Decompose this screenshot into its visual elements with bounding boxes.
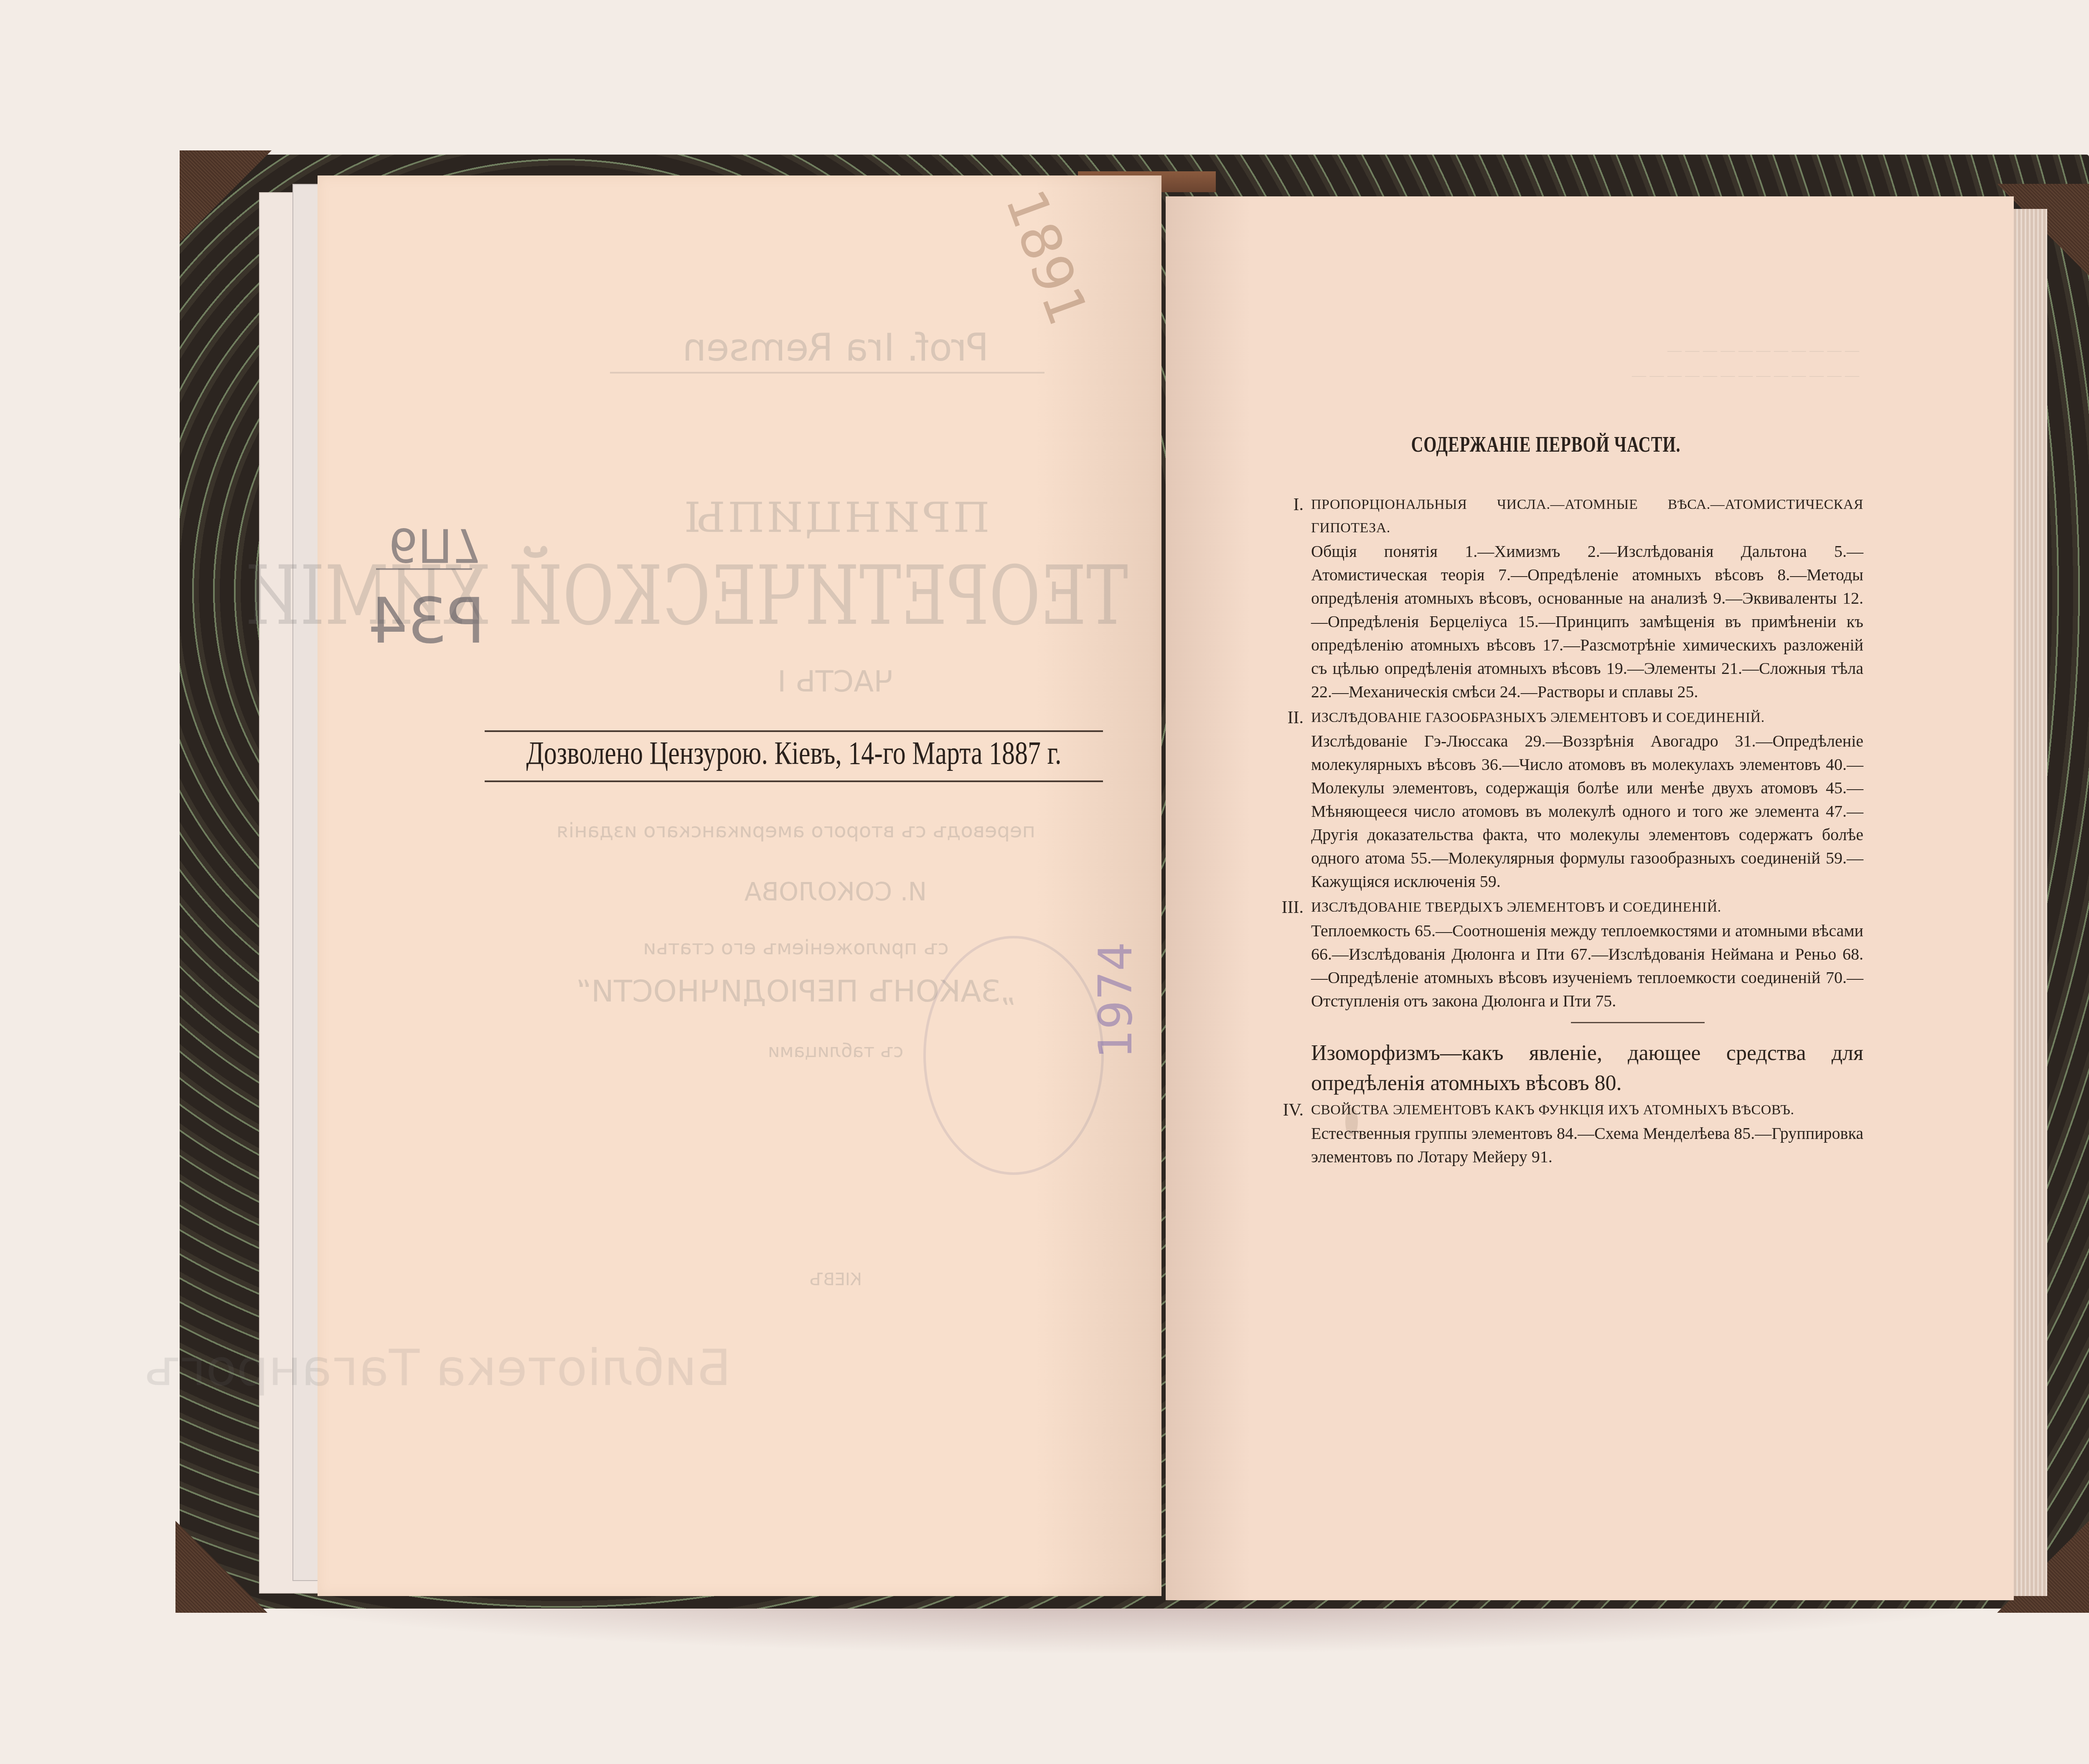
section-body: Общія понятія 1.—Химизмъ 2.—Изслѣдованія… xyxy=(1311,540,1863,704)
toc-section-4: IV. Свойства элементовъ какъ функція ихъ… xyxy=(1270,1098,1863,1169)
bleed-through-author: Prof. Ira Remsen xyxy=(606,326,1065,370)
section-title: Свойства элементовъ какъ функція ихъ ато… xyxy=(1311,1098,1863,1122)
section-body: Теплоемкость 65.—Соотношенія между тепло… xyxy=(1311,919,1863,1013)
bleed-through-title-2: ТЕОРЕТИЧЕСКОЙ ХИМІИ xyxy=(460,549,1128,643)
toc-section-3: III. Изслѣдованіе твердыхъ элементовъ и … xyxy=(1270,896,1863,1013)
censorship-rule-top xyxy=(485,730,1103,732)
bleed-through-library-stamp: Библіотека Таганрогъ xyxy=(376,1337,731,1400)
toc-heading: СОДЕРЖАНІЕ ПЕРВОЙ ЧАСТИ. xyxy=(1212,432,1880,457)
bleed-through-rule xyxy=(610,372,1044,374)
pencil-shelfmark-divider xyxy=(376,568,472,570)
pencil-shelfmark-top: 6П7 xyxy=(389,518,482,572)
section-title: Изслѣдованіе газообразныхъ элементовъ и … xyxy=(1311,706,1863,729)
section-numeral: I. xyxy=(1270,493,1304,516)
bleed-through-right-2: — — — — — — — — — — — — — xyxy=(1233,368,1859,384)
section-numeral: IV. xyxy=(1270,1098,1304,1122)
section-title: Изслѣдованіе твердыхъ элементовъ и соеди… xyxy=(1311,896,1863,919)
section-body: Изслѣдованіе Гэ-Люссака 29.—Воззрѣнія Ав… xyxy=(1311,729,1863,893)
faded-round-stamp xyxy=(923,936,1104,1175)
toc-divider xyxy=(1571,1022,1705,1023)
toc-section-2: II. Изслѣдованіе газообразныхъ элементов… xyxy=(1270,706,1863,893)
section-numeral: II. xyxy=(1270,706,1304,729)
section-numeral: III. xyxy=(1270,896,1304,919)
pencil-shelfmark-bottom: Р34 xyxy=(368,585,485,658)
bleed-through-part: ЧАСТЬ I xyxy=(606,664,1065,699)
bleed-through-translator: И. СОКОЛОВА xyxy=(606,877,1065,907)
toc-section-1: I. Пропорціональныя числа.—Атомные вѣса.… xyxy=(1270,493,1863,704)
bleed-through-right-1: — — — — — — — — — — — xyxy=(1233,343,1859,358)
censorship-approval: Дозволено Цензурою. Кіевъ, 14-го Марта 1… xyxy=(485,735,1103,772)
bleed-through-title-1: ПРИНЦИПЫ xyxy=(606,493,1065,542)
isomorphism-entry: Изоморфизмъ—какъ явленіе, дающее средств… xyxy=(1311,1038,1863,1098)
section-title: Пропорціональныя числа.—Атомные вѣса.—Ат… xyxy=(1311,493,1863,540)
section-body: Естественныя группы элементовъ 84.—Схема… xyxy=(1311,1122,1863,1169)
censorship-rule-bottom xyxy=(485,780,1103,782)
bleed-through-imprint: КІЕВЪ xyxy=(585,1270,1086,1289)
bleed-through-translation: переводъ съ второго американскаго издані… xyxy=(493,819,1099,842)
table-of-contents: I. Пропорціональныя числа.—Атомные вѣса.… xyxy=(1270,493,1863,1171)
violet-pencil-note: 1974 xyxy=(1089,942,1142,1059)
page-block-edges xyxy=(2014,209,2047,1596)
